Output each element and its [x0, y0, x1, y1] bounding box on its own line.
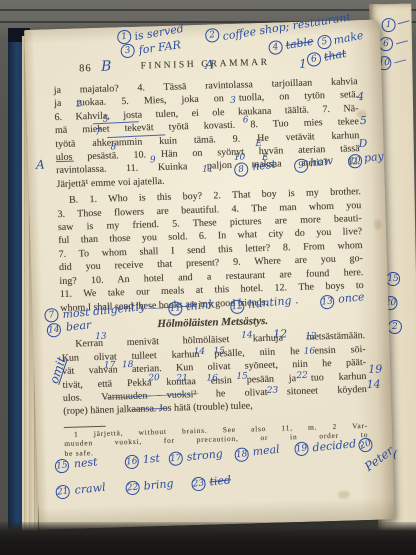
- superscript-mark: 8: [110, 142, 116, 152]
- circled-number: 7: [44, 308, 59, 323]
- circled-number: 10: [347, 153, 363, 169]
- circled-number: 1: [381, 18, 395, 32]
- circled-number: 2: [388, 320, 402, 334]
- superscript-mark: 14: [241, 330, 253, 340]
- ink-letter-mark: A: [36, 157, 45, 171]
- circled-number: 4: [268, 40, 284, 56]
- vocab-word: crawl: [74, 481, 106, 497]
- ink-stroke: [396, 40, 408, 44]
- circled-number: 19: [294, 441, 309, 456]
- vocab-word: meal: [252, 443, 280, 459]
- superscript-mark: 18: [122, 360, 134, 370]
- superscript-mark: 12: [305, 331, 317, 341]
- superscript-mark: 23: [267, 386, 279, 396]
- ink-letter-mark: 1: [299, 57, 307, 71]
- margin-mark: 4: [357, 90, 364, 103]
- vocab-word: 1st: [142, 452, 160, 467]
- superscript-mark: 11: [202, 164, 214, 174]
- vocab-word: strong: [186, 447, 223, 464]
- footnote-rule: [64, 425, 106, 427]
- typed-text-column: 86 FINNISH GRAMMAR ja majatalo? 4. Tässä…: [53, 54, 369, 458]
- superscript-mark: 15: [213, 346, 225, 356]
- superscript-mark: 15: [236, 372, 248, 382]
- vocab-word: tied: [209, 473, 232, 488]
- book-page: 86 FINNISH GRAMMAR ja majatalo? 4. Tässä…: [24, 19, 395, 529]
- margin-mark: D: [358, 137, 367, 150]
- vocab-word: pay: [363, 150, 384, 165]
- superscript-mark: 7: [95, 128, 101, 138]
- vocab-word: once: [338, 290, 366, 306]
- margin-mark: 19: [368, 363, 382, 376]
- circled-number: 18: [234, 447, 249, 462]
- superscript-mark: 14: [193, 347, 205, 357]
- circled-number: 15: [386, 272, 400, 286]
- table-surface-bottom: [0, 522, 416, 555]
- wood-plank-line: [0, 9, 416, 11]
- circled-number: 3: [120, 43, 136, 59]
- superscript-mark: 16: [304, 347, 316, 357]
- superscript-mark: 12: [273, 327, 287, 340]
- vocab-word: bear: [65, 318, 92, 333]
- superscript-mark: 2: [76, 99, 82, 109]
- circled-number: 22: [125, 480, 140, 495]
- superscript-mark: 13: [95, 332, 107, 342]
- margin-mark: 5: [360, 114, 367, 127]
- superscript-mark: 9: [150, 155, 156, 165]
- superscript-mark: 20: [148, 373, 160, 383]
- vocab-word: bring: [143, 477, 174, 493]
- vocab-word: nest: [73, 455, 98, 470]
- superscript-mark: 10: [234, 152, 246, 162]
- photo-of-open-book: 1 6 10 15 20 2 ( 86 FINNISH GRAMMAR ja m…: [0, 0, 416, 555]
- superscript-mark: 22: [296, 371, 308, 381]
- vocab-word-crossed-out: table: [285, 35, 315, 52]
- ink-letter-mark: B: [101, 58, 112, 74]
- superscript-mark: E: [255, 139, 262, 149]
- ink-letter-mark: A: [205, 57, 214, 71]
- circled-number: 14: [46, 323, 61, 338]
- circled-number: 6: [379, 37, 393, 51]
- circled-number: 16: [124, 454, 139, 469]
- circled-number: 21: [55, 484, 70, 499]
- circled-number: 2: [204, 28, 220, 44]
- circled-number: 17: [168, 451, 183, 466]
- circled-number: 5: [316, 34, 332, 50]
- superscript-mark: 21: [176, 373, 188, 383]
- exercise-b-paragraph: B. 1. Who is this boy? 2. That boy is my…: [57, 185, 364, 315]
- paper-blemish: [338, 491, 350, 499]
- superscript-mark: 16: [206, 373, 218, 383]
- vocab-word: how: [309, 154, 333, 170]
- vocab-word: nest: [251, 158, 276, 174]
- superscript-mark: 17: [104, 360, 116, 370]
- paper-blemish: [374, 219, 382, 229]
- ink-stroke: [398, 20, 410, 24]
- circled-number: 15: [54, 458, 69, 473]
- superscript-mark: 3: [230, 96, 236, 106]
- margin-mark: 14: [366, 378, 380, 391]
- circled-number: 1: [116, 29, 132, 45]
- superscript-mark: 6: [243, 115, 249, 125]
- ink-stroke: [394, 59, 406, 63]
- circled-number: 23: [191, 476, 206, 491]
- vocab-word: make: [332, 29, 364, 47]
